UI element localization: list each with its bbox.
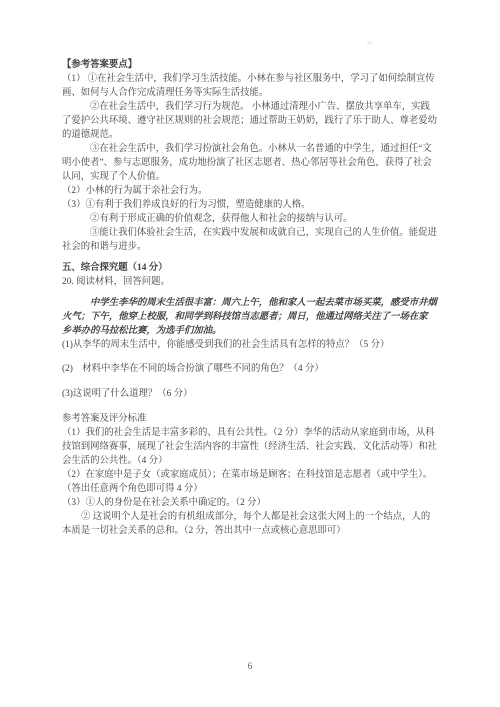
text-line: 画、如何与人合作完成清理任务等实际生活技能。 [62, 86, 442, 100]
text-line: 火气；下午，他穿上校服，和同学到科技馆当志愿者；周日，他通过网络关注了一场在家 [62, 310, 442, 324]
text-line: (1)从李华的周末生活中，你能感受到我们的社会生活具有怎样的特点？（5 分） [62, 338, 442, 352]
text-line: 的道德规范。 [62, 128, 442, 142]
text-line: 中学生李华的周末生活很丰富：周六上午，他和家人一起去菜市场买菜，感受市井烟 [90, 296, 442, 310]
text-line: 技馆到网络赛事，展现了社会生活内容的丰富性（经济生活、社会实践、文化活动等）和社 [62, 440, 442, 454]
document-content: 【参考答案要点】（1） ①在社会生活中，我们学习生活技能。小林在参与社区服务中，… [62, 58, 442, 538]
text-line: 本质是一切社会关系的总和。（2 分，答出其中一点或核心意思即可） [62, 524, 442, 538]
text-line: （2）在家庭中是子女（或家庭成员）；在菜市场是顾客；在科技馆是志愿者（或中学生）… [62, 468, 442, 482]
paper-speck [367, 41, 372, 45]
text-line: 乡举办的马拉松比赛，为选手们加油。 [62, 324, 442, 338]
text-line: （1）我们的社会生活是丰富多彩的、具有公共性。（2 分）李华的活动从家庭到市场，… [62, 426, 442, 440]
text-line: 社会的和谐与进步。 [62, 240, 442, 254]
text-line: 20. 阅读材料，回答问题。 [62, 275, 442, 289]
text-line: ③能让我们体验社会生活，在实践中发展和成就自己，实现自己的人生价值。能促进 [90, 226, 442, 240]
text-line: 会生活的公共性。（4 分） [62, 454, 442, 468]
text-line: 明小使者”、参与志愿服务，成功地扮演了社区志愿者、热心邻居等社会角色，获得了社会 [62, 156, 442, 170]
document-page: 【参考答案要点】（1） ①在社会生活中，我们学习生活技能。小林在参与社区服务中，… [0, 0, 500, 707]
text-line: ②有利于形成正确的价值观念，获得他人和社会的接纳与认可。 [90, 212, 442, 226]
text-line: 了爱护公共环境、遵守社区规则的社会规范；通过帮助王奶奶，践行了乐于助人、尊老爱幼 [62, 114, 442, 128]
text-line: （3）①有利于我们养成良好的行为习惯，塑造健康的人格。 [62, 198, 442, 212]
text-line: 认同，实现了个人价值。 [62, 170, 442, 184]
text-line: (2) 材料中李华在不同的场合扮演了哪些不同的角色？（4 分） [62, 362, 442, 376]
page-number: 6 [0, 661, 500, 671]
text-line: 【参考答案要点】 [62, 58, 442, 72]
text-line: 参考答案及评分标准 [62, 412, 442, 426]
text-line: (3)这说明了什么道理？（6 分） [62, 387, 442, 401]
text-line: （1） ①在社会生活中，我们学习生活技能。小林在参与社区服务中，学习了如何绘制宣… [62, 72, 442, 86]
text-line: 五、综合探究题（14 分） [62, 261, 442, 275]
text-line: （2）小林的行为属于亲社会行为。 [62, 184, 442, 198]
text-line: ② 这说明个人是社会的有机组成部分，每个人都是社会这张大网上的一个结点，人的 [81, 510, 442, 524]
text-line: （3）①人的身份是在社会关系中确定的。（2 分） [62, 496, 442, 510]
text-line: （答出任意两个角色即可得 4 分） [62, 482, 442, 496]
text-line: ③在社会生活中，我们学习扮演社会角色。小林从一名普通的中学生，通过担任“文 [90, 142, 442, 156]
text-line: ②在社会生活中，我们学习行为规范。 小林通过清理小广告、摆放共享单车，实践 [90, 100, 442, 114]
